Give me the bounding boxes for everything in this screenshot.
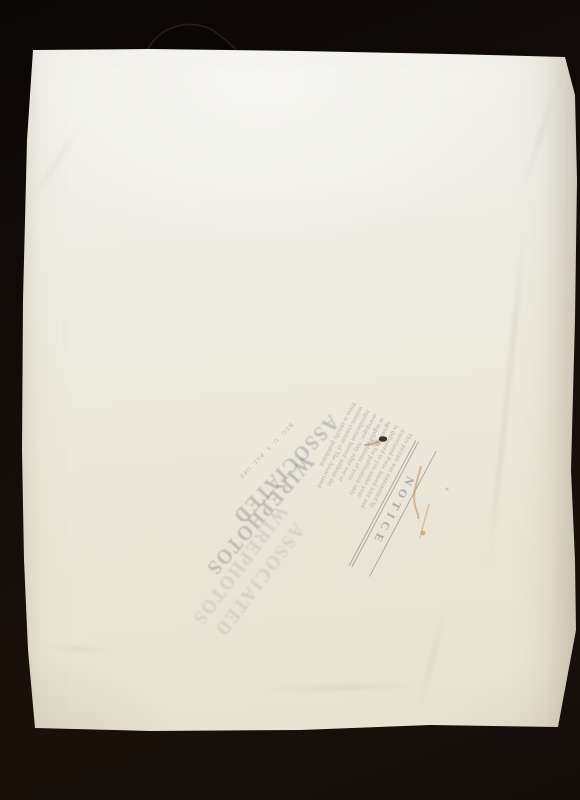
wirephoto-stamp-word1: ASSOCIATED [221, 403, 350, 535]
photo-paper-back: NOTICE This picture was transmitted by A… [0, 0, 580, 800]
notice-body-line: Press is strictly prohibited. [280, 401, 357, 537]
paper-crease [487, 226, 527, 570]
wirephoto-ghost-word1: ASSOCIATED [199, 505, 321, 655]
notice-body-line: Associated Press leased wire and [329, 427, 406, 563]
notice-body-line: in regular editions of your [308, 416, 385, 552]
paper-crease [29, 122, 83, 203]
paper-curl-shadow [148, 24, 236, 49]
notice-body-line: This picture was transmitted by [336, 431, 413, 567]
notice-body-line: reproduction hereof without the [294, 408, 371, 544]
wirephoto-stamp-reg-line: REG. U. S. PAT. OFF. [217, 402, 312, 500]
notice-body-line: newspaper. Any other use or [301, 412, 378, 548]
wirephoto-ghost-word2: WIREPHOTOS [180, 491, 302, 641]
notice-body-line: agreement for publication only [315, 420, 392, 556]
wirephoto-stamp-word2: WIREPHOTOS [194, 443, 324, 587]
paper-crease [44, 646, 114, 653]
notice-underline [349, 440, 417, 566]
paper-crease [416, 601, 449, 718]
notice-heading: NOTICE [352, 439, 436, 578]
paper-crease [258, 683, 428, 692]
notice-underline [351, 441, 419, 567]
notice-overline [369, 451, 437, 577]
wirephoto-stamp-ghost: ASSOCIATED WIREPHOTOS [180, 491, 321, 656]
notice-body: This picture was transmitted by Associat… [280, 401, 414, 567]
notice-body-line: is delivered to you under your [322, 423, 399, 559]
paper-crease [518, 65, 564, 199]
notice-body-line: written consent of The Associated [287, 405, 364, 541]
notice-stamp: NOTICE This picture was transmitted by A… [280, 401, 440, 581]
